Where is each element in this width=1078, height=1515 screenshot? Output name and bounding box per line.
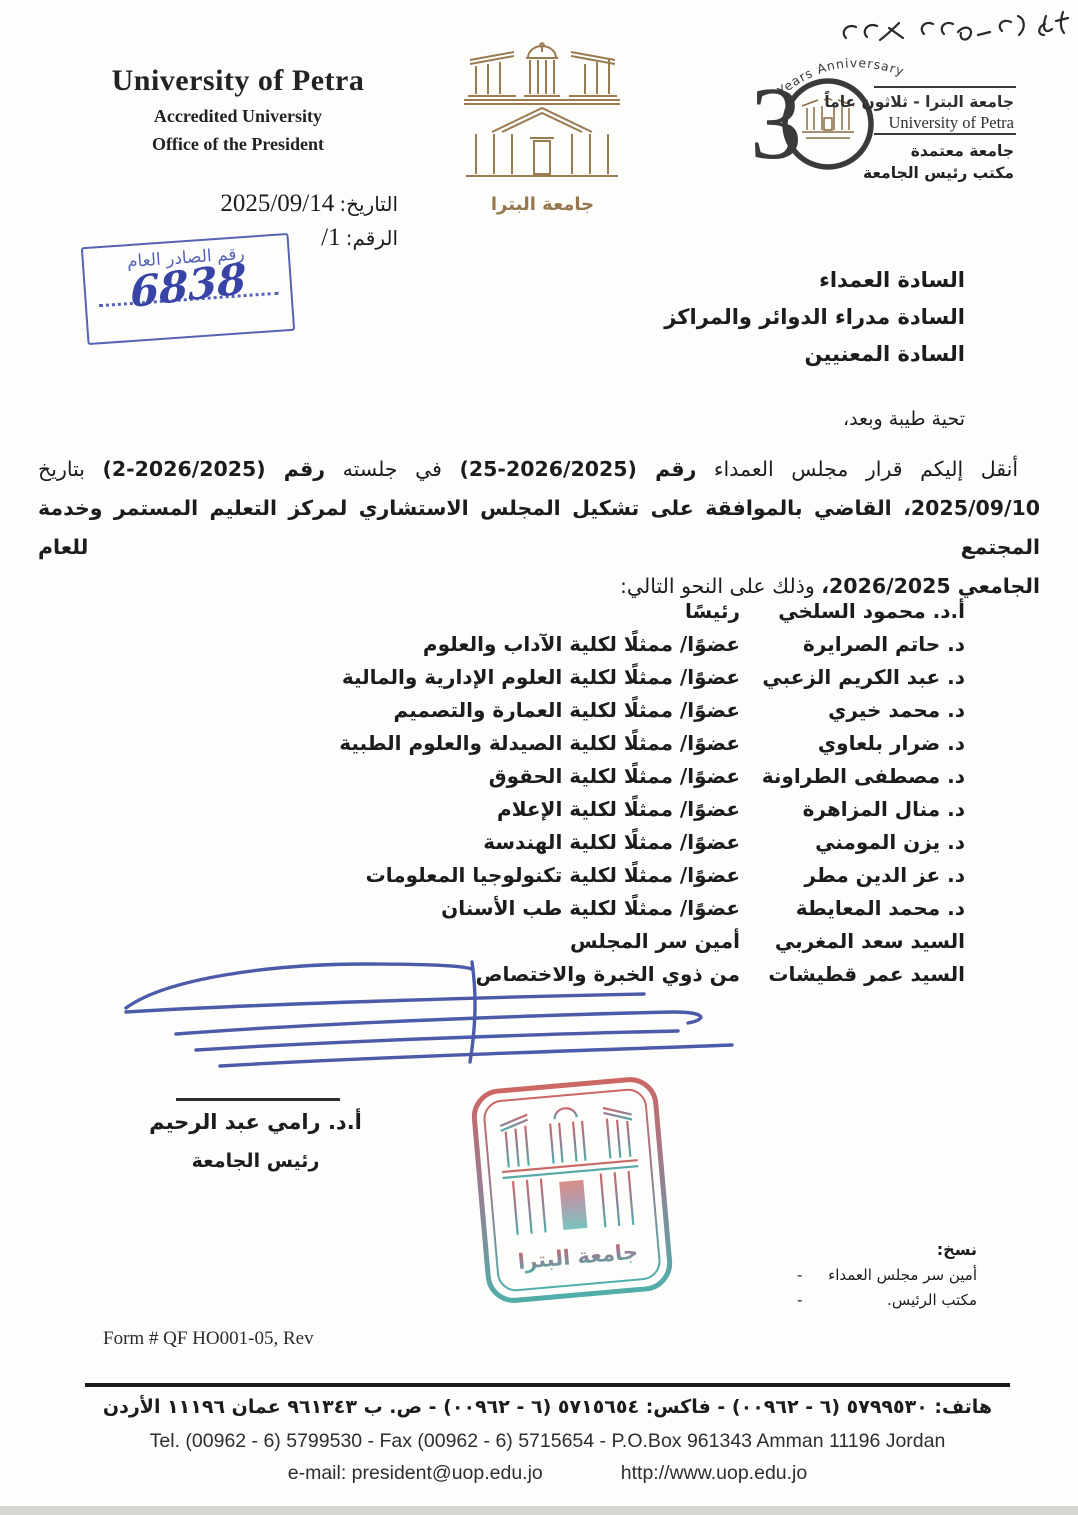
- dash-bullet: -: [797, 1266, 811, 1284]
- member-role: عضوًا/ ممثلًا لكلية العلوم الإدارية والم…: [303, 665, 740, 689]
- member-name: السيد سعد المغربي: [740, 929, 965, 953]
- member-role: رئيسًا: [303, 599, 740, 623]
- accredited-en: Accredited University: [88, 106, 388, 127]
- member-name: د. يزن المومني: [740, 830, 965, 854]
- member-row-3: د. محمد خيريعضوًا/ ممثلًا لكلية العمارة …: [303, 693, 965, 726]
- scan-edge: [0, 1506, 1078, 1515]
- member-role: عضوًا/ ممثلًا لكلية الحقوق: [303, 764, 740, 788]
- office-en: Office of the President: [88, 134, 388, 155]
- date-value: 2025/09/14: [220, 190, 334, 218]
- member-role: عضوًا/ ممثلًا لكلية العمارة والتصميم: [303, 698, 740, 722]
- seal-caption: جامعة البترا: [517, 1240, 639, 1274]
- recipients-list: السادة العمداءالسادة مدراء الدوائر والمر…: [664, 262, 965, 373]
- footer-english: Tel. (00962 - 6) 5799530 - Fax (00962 - …: [60, 1430, 1035, 1453]
- body-paragraph: أنقل إليكم قرار مجلس العمداء رقم (2026/2…: [38, 450, 1040, 606]
- footer-email: e-mail: president@uop.edu.jo: [288, 1462, 543, 1485]
- date-label: التاريخ:: [339, 192, 398, 216]
- body-line-0: أنقل إليكم قرار مجلس العمداء رقم (2026/2…: [38, 450, 1040, 489]
- member-row-10: السيد سعد المغربيأمين سر المجلس: [303, 924, 965, 957]
- copies-label: نسخ:: [797, 1240, 977, 1259]
- signatory-title: رئيس الجامعة: [128, 1150, 383, 1172]
- petra-facade-icon: [450, 42, 635, 188]
- recipient-line-0: السادة العمداء: [664, 262, 965, 299]
- body-segment: بتاريخ: [38, 457, 103, 481]
- member-row-7: د. يزن المومنيعضوًا/ ممثلًا لكلية الهندس…: [303, 825, 965, 858]
- member-role: عضوًا/ ممثلًا لكلية الآداب والعلوم: [303, 632, 740, 656]
- member-name: السيد عمر قطيشات: [740, 962, 965, 986]
- body-segment: أنقل إليكم قرار مجلس العمداء: [696, 457, 1018, 481]
- body-segment: في جلسته: [325, 457, 459, 481]
- body-segment: 2025/09/10، القاضي بالموافقة على تشكيل ا…: [38, 496, 1040, 559]
- body-segment: رقم (2026/2025-25): [460, 457, 697, 481]
- members-list: أ.د. محمود السلخيرئيسًاد. حاتم الصرايرةع…: [303, 594, 965, 990]
- signature-line: [176, 1098, 340, 1101]
- university-logo-caption: جامعة البترا: [450, 194, 635, 215]
- recipient-line-2: السادة المعنيين: [664, 336, 965, 373]
- member-name: د. محمد خيري: [740, 698, 965, 722]
- member-role: عضوًا/ ممثلًا لكلية طب الأسنان: [303, 896, 740, 920]
- band-english: University of Petra: [888, 113, 1014, 132]
- copies-item-1: مكتب الرئيس.-: [797, 1291, 977, 1309]
- band-arabic: جامعة البترا - ثلاثون عاماً: [824, 91, 1014, 111]
- copies-item-text: مكتب الرئيس.: [827, 1291, 977, 1309]
- university-name-en: University of Petra: [88, 64, 388, 98]
- date-line: التاريخ: 2025/09/14: [220, 190, 398, 218]
- dash-bullet: -: [797, 1291, 811, 1309]
- letter-page: University of Petra Accredited Universit…: [0, 0, 1078, 1515]
- body-segment: رقم (2026/2025-2): [103, 457, 326, 481]
- member-row-0: أ.د. محمود السلخيرئيسًا: [303, 594, 965, 627]
- member-row-8: د. عز الدين مطرعضوًا/ ممثلًا لكلية تكنول…: [303, 858, 965, 891]
- member-name: د. منال المزاهرة: [740, 797, 965, 821]
- body-line-1: 2025/09/10، القاضي بالموافقة على تشكيل ا…: [38, 489, 1040, 567]
- member-row-4: د. ضرار بلعاويعضوًا/ ممثلًا لكلية الصيدل…: [303, 726, 965, 759]
- member-row-2: د. عبد الكريم الزعبيعضوًا/ ممثلًا لكلية …: [303, 660, 965, 693]
- member-role: عضوًا/ ممثلًا لكلية الصيدلة والعلوم الطب…: [303, 731, 740, 755]
- number-label: الرقم:: [346, 226, 398, 250]
- copies-item-text: أمين سر مجلس العمداء: [827, 1266, 977, 1284]
- university-seal-stamp: جامعة البترا: [467, 1072, 677, 1308]
- member-name: د. عز الدين مطر: [740, 863, 965, 887]
- number-value: /1: [321, 224, 340, 252]
- member-row-5: د. مصطفى الطراونةعضوًا/ ممثلًا لكلية الح…: [303, 759, 965, 792]
- member-role: عضوًا/ ممثلًا لكلية تكنولوجيا المعلومات: [303, 863, 740, 887]
- copies-block: نسخ: أمين سر مجلس العمداء-مكتب الرئيس.-: [797, 1240, 977, 1309]
- office-ar: مكتب رئيس الجامعة: [863, 164, 1014, 182]
- handwritten-note: [832, 4, 1074, 52]
- member-row-1: د. حاتم الصرايرةعضوًا/ ممثلًا لكلية الآد…: [303, 627, 965, 660]
- registry-stamp-number: 6838: [129, 259, 246, 313]
- member-name: أ.د. محمود السلخي: [740, 599, 965, 623]
- member-name: د. حاتم الصرايرة: [740, 632, 965, 656]
- footer-links: e-mail: president@uop.edu.jo http://www.…: [60, 1462, 1035, 1485]
- footer-arabic: هاتف: ٥٧٩٩٥٣٠ (٦ - ٠٠٩٦٢) - فاكس: ٥٧١٥٦٥…: [60, 1396, 1035, 1418]
- anniversary-30-logo: 3 Years Anniversary جامعة البترا - ثلاثو…: [744, 56, 1016, 190]
- footer-divider: [85, 1383, 1010, 1387]
- member-name: د. ضرار بلعاوي: [740, 731, 965, 755]
- member-name: د. محمد المعايطة: [740, 896, 965, 920]
- greeting: تحية طيبة وبعد،: [843, 408, 965, 430]
- member-row-6: د. منال المزاهرةعضوًا/ ممثلًا لكلية الإع…: [303, 792, 965, 825]
- form-number: Form # QF HO001-05, Rev: [103, 1328, 314, 1350]
- accredited-ar: جامعة معتمدة: [911, 142, 1014, 160]
- signature-scribble: [112, 956, 757, 1084]
- letterhead-english: University of Petra Accredited Universit…: [88, 64, 388, 155]
- member-role: أمين سر المجلس: [303, 929, 740, 953]
- member-name: د. مصطفى الطراونة: [740, 764, 965, 788]
- member-name: د. عبد الكريم الزعبي: [740, 665, 965, 689]
- recipient-line-1: السادة مدراء الدوائر والمراكز: [664, 299, 965, 336]
- signatory-name: أ.د. رامي عبد الرحيم: [128, 1110, 383, 1134]
- member-role: عضوًا/ ممثلًا لكلية الإعلام: [303, 797, 740, 821]
- footer-website: http://www.uop.edu.jo: [621, 1462, 807, 1485]
- registry-stamp: رقم الصادر العام 6838: [81, 233, 295, 345]
- member-role: عضوًا/ ممثلًا لكلية الهندسة: [303, 830, 740, 854]
- member-row-9: د. محمد المعايطةعضوًا/ ممثلًا لكلية طب ا…: [303, 891, 965, 924]
- university-logo: جامعة البترا: [450, 42, 635, 215]
- copies-item-0: أمين سر مجلس العمداء-: [797, 1266, 977, 1284]
